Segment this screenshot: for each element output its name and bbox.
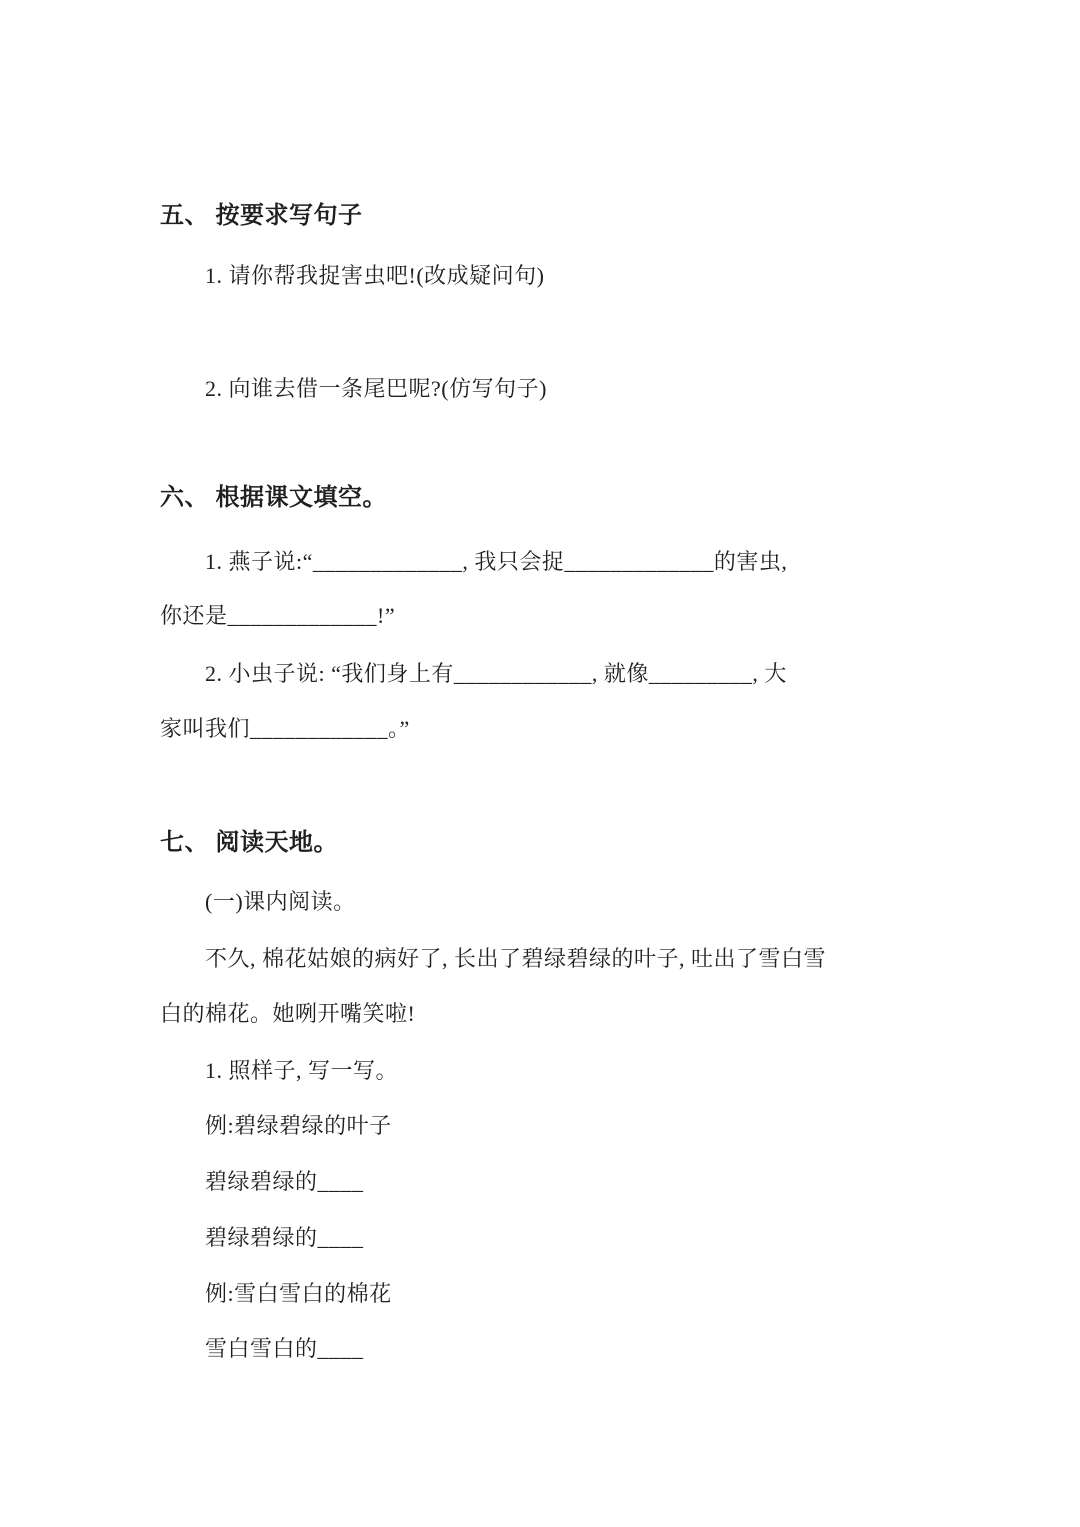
section-5-question-1: 1. 请你帮我捉害虫吧!(改成疑问句) xyxy=(205,260,544,292)
section-7-subtitle: (一)课内阅读。 xyxy=(205,886,356,918)
section-6-heading: 六、 根据课文填空。 xyxy=(160,482,387,514)
example-white-cotton: 例:雪白雪白的棉花 xyxy=(205,1278,392,1310)
practice-blank-green-2: 碧绿碧绿的____ xyxy=(205,1222,364,1254)
section-6-question-1-line-1: 1. 燕子说:“_____________, 我只会捉_____________… xyxy=(205,546,787,578)
section-7-heading: 七、 阅读天地。 xyxy=(160,827,338,859)
passage-line-2: 白的棉花。她咧开嘴笑啦! xyxy=(160,998,415,1030)
section-5-question-2: 2. 向谁去借一条尾巴呢?(仿写句子) xyxy=(205,373,547,405)
section-6-question-2-line-2: 家叫我们____________。” xyxy=(160,713,410,745)
practice-blank-green-1: 碧绿碧绿的____ xyxy=(205,1166,364,1198)
section-7-question-1: 1. 照样子, 写一写。 xyxy=(205,1055,398,1087)
worksheet-page: 五、 按要求写句子 1. 请你帮我捉害虫吧!(改成疑问句) 2. 向谁去借一条尾… xyxy=(0,0,1080,1527)
example-green-leaves: 例:碧绿碧绿的叶子 xyxy=(205,1110,392,1142)
section-6-question-1-line-2: 你还是_____________!” xyxy=(160,600,395,632)
practice-blank-white-1: 雪白雪白的____ xyxy=(205,1333,364,1365)
section-6-question-2-line-1: 2. 小虫子说: “我们身上有____________, 就像_________… xyxy=(205,658,787,690)
passage-line-1: 不久, 棉花姑娘的病好了, 长出了碧绿碧绿的叶子, 吐出了雪白雪 xyxy=(205,943,826,975)
section-5-heading: 五、 按要求写句子 xyxy=(160,200,363,232)
